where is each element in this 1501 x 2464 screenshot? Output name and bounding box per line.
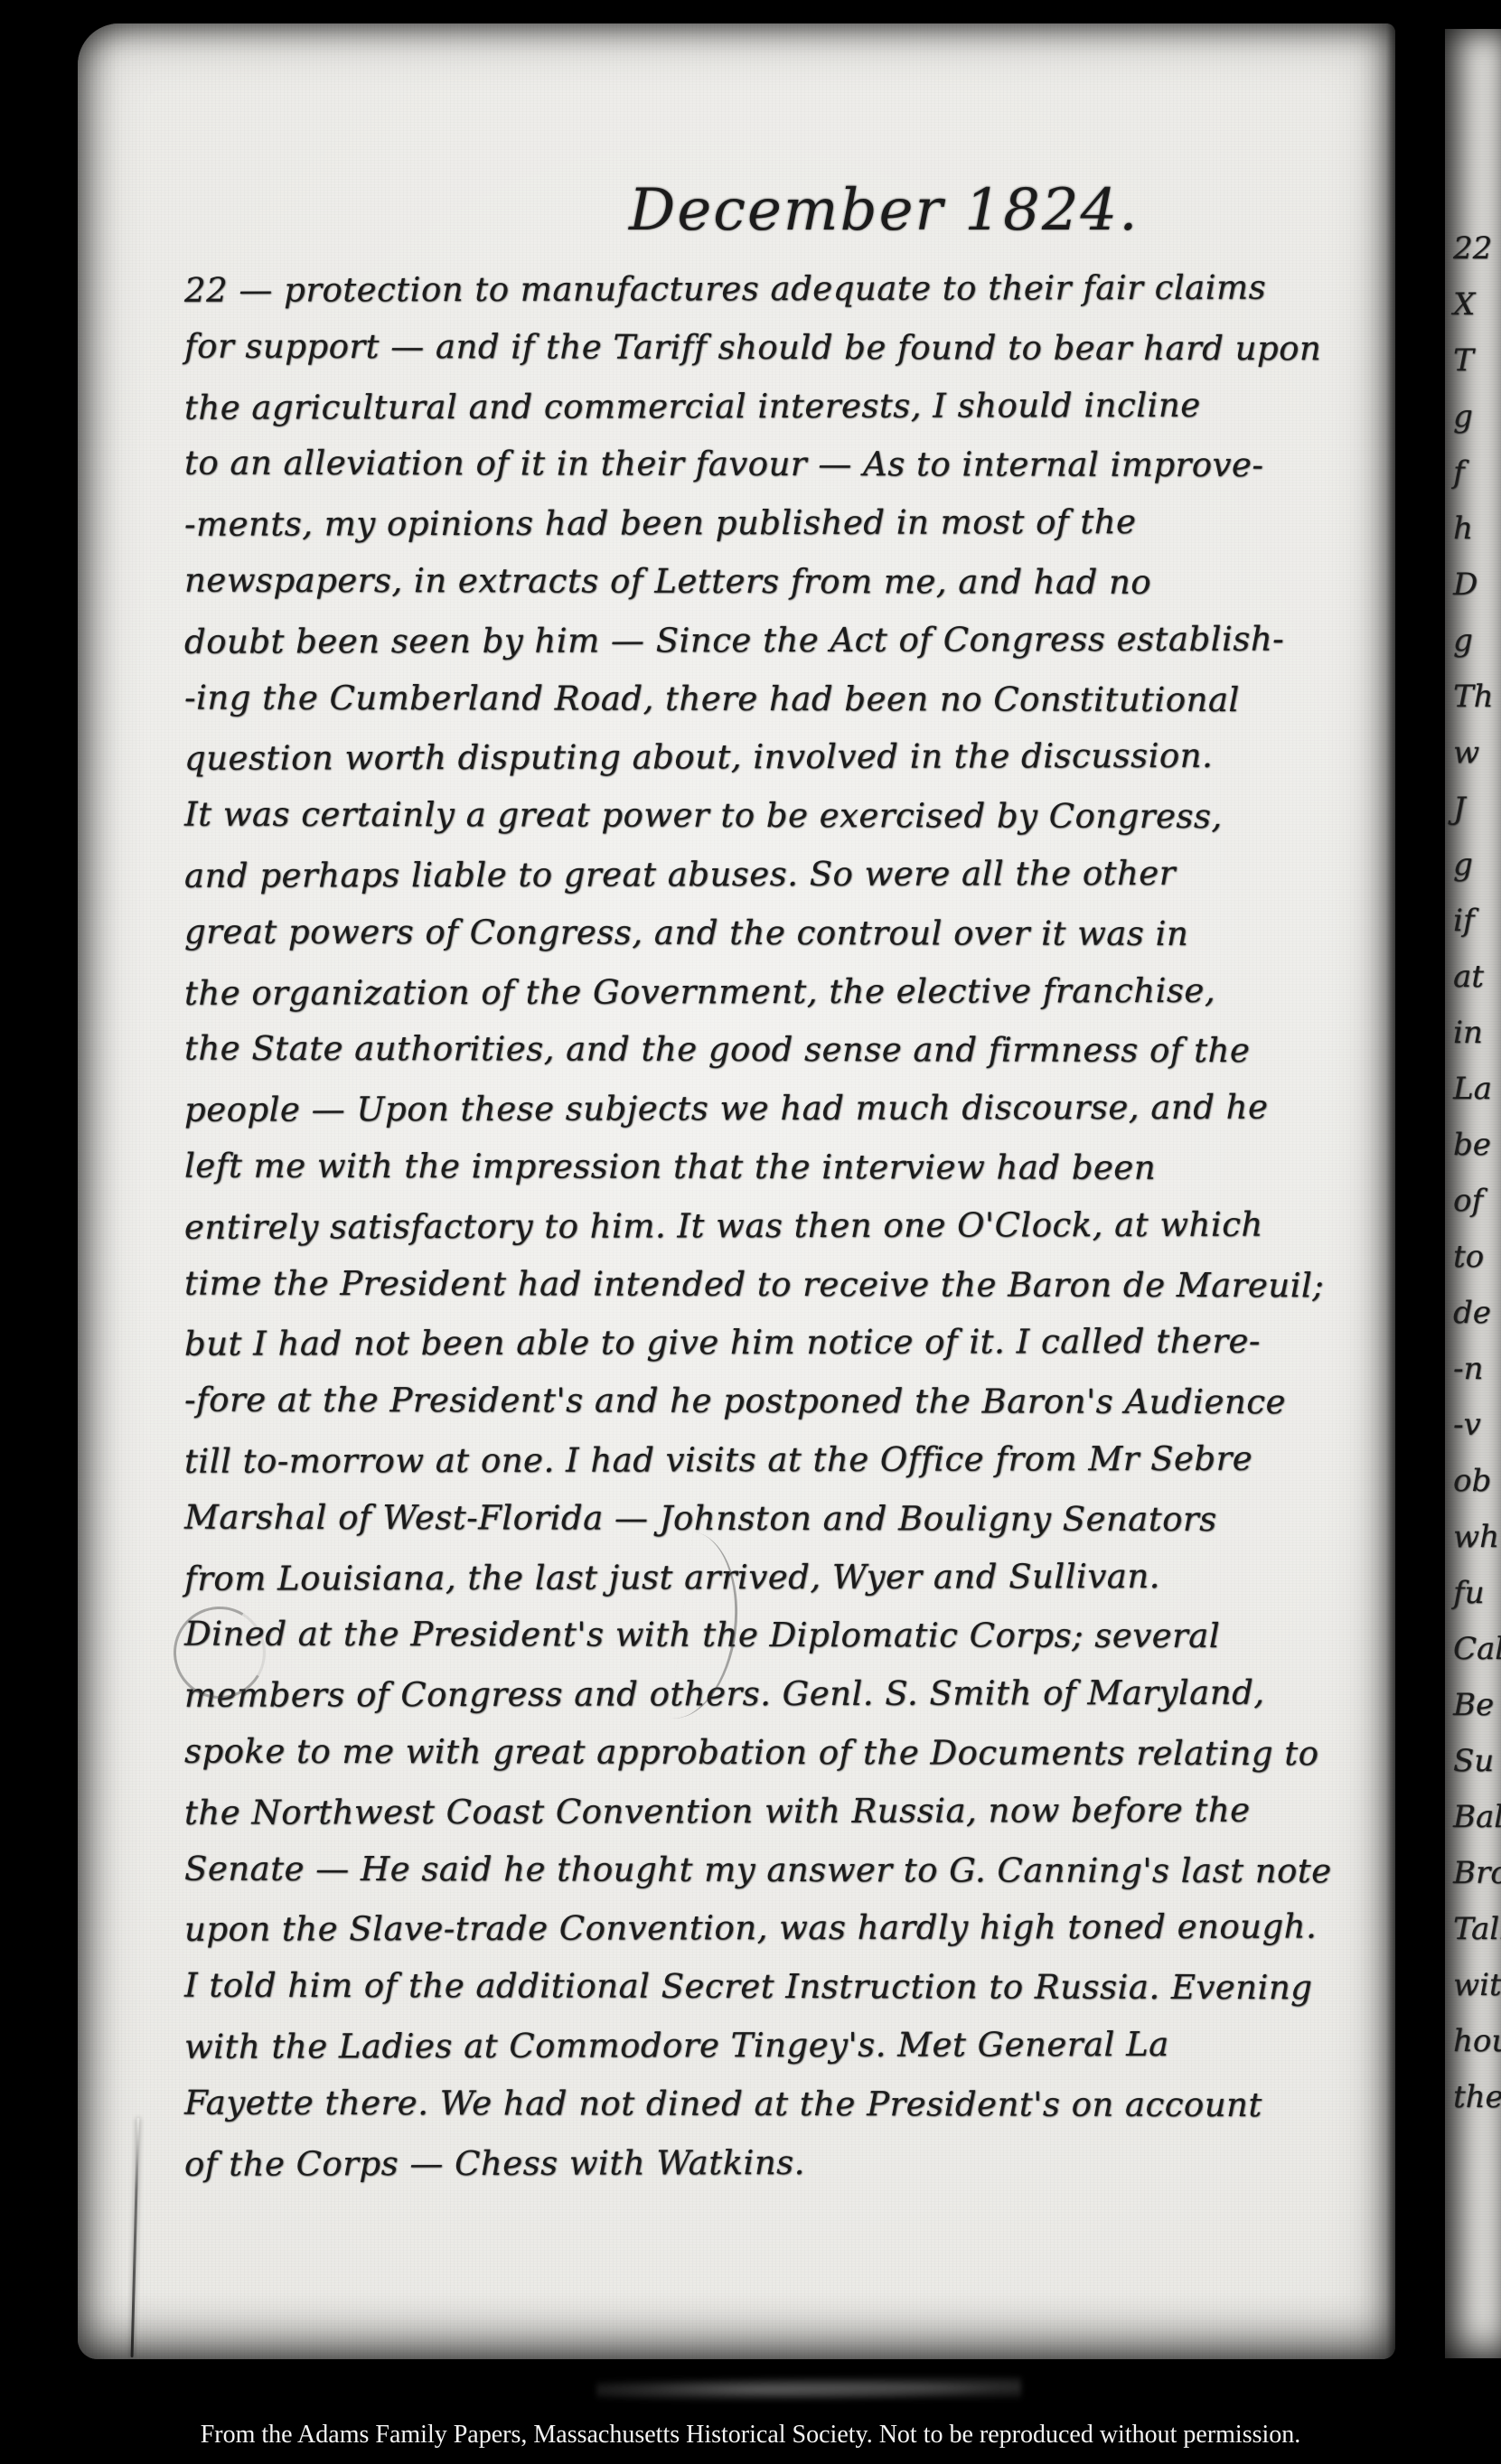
attribution-caption: From the Adams Family Papers, Massachuse… [0,2420,1501,2450]
manuscript-line: Senate — He said he thought my answer to… [184,1840,1391,1901]
facing-page-text-fragment: be [1445,1117,1501,1173]
facing-page-text-fragment: ob [1445,1453,1501,1509]
manuscript-line: Fayette there. We had not dined at the P… [184,2074,1391,2135]
facing-page-text-fragment: if [1445,893,1501,949]
facing-page-text-fragment: D [1445,557,1501,613]
manuscript-line: the Northwest Coast Convention with Russ… [184,1781,1391,1842]
facing-page-text-fragment: -n [1445,1341,1501,1397]
facing-page-text-fragment: Cal [1445,1621,1501,1677]
manuscript-line: newspapers, in extracts of Letters from … [184,552,1391,614]
manuscript-line: with the Ladies at Commodore Tingey's. M… [184,2015,1391,2076]
manuscript-line: doubt been seen by him — Since the Act o… [184,610,1391,671]
facing-page-text-fragment: w [1445,725,1501,781]
facing-page-text-fragment: with [1445,1957,1501,2013]
manuscript-line: Marshal of West-Florida — Johnston and B… [184,1488,1391,1550]
facing-page-text-fragment: 22 [1445,220,1501,276]
scan-smudge [596,2376,1021,2403]
facing-page-text-fragment: to [1445,1229,1501,1285]
manuscript-line: of the Corps — Chess with Watkins. [184,2132,1391,2194]
facing-page-text-fragment: -v [1445,1397,1501,1453]
manuscript-line: the State authorities, and the good sens… [184,1020,1391,1082]
manuscript-line: from Louisiana, the last just arrived, W… [184,1547,1391,1608]
manuscript-line: entirely satisfactory to him. It was the… [184,1195,1391,1257]
manuscript-page: December 1824. 22 — protection to manufa… [78,23,1395,2359]
facing-page-text-fragment: of [1445,1173,1501,1229]
manuscript-line: to an alleviation of it in their favour … [184,435,1391,496]
facing-page-text-fragment: La [1445,1061,1501,1117]
manuscript-line: the agricultural and commercial interest… [184,376,1391,437]
facing-page-text-fragment: Be [1445,1677,1501,1733]
facing-page-text-fragment: f [1445,445,1501,501]
facing-page-text-fragment: hou [1445,2013,1501,2069]
page-title: December 1824. [629,170,1140,251]
manuscript-line: -ments, my opinions had been published i… [184,492,1391,554]
facing-page-text-fragment: g [1445,837,1501,893]
book-gutter-shadow [1386,0,1451,2464]
manuscript-line: Dined at the President's with the Diplom… [184,1606,1391,1667]
scanned-image-background: December 1824. 22 — protection to manufa… [0,0,1501,2464]
manuscript-line: till to-morrow at one. I had visits at t… [184,1429,1391,1491]
manuscript-line: but I had not been able to give him noti… [184,1313,1391,1374]
manuscript-line: people — Upon these subjects we had much… [184,1078,1391,1139]
manuscript-line: 22 — protection to manufactures adequate… [184,258,1391,320]
manuscript-line: members of Congress and others. Genl. S.… [184,1663,1391,1725]
facing-page-text-fragment: at [1445,949,1501,1005]
facing-page-text-fragment: Bro [1445,1845,1501,1901]
manuscript-line: and perhaps liable to great abuses. So w… [184,844,1391,905]
manuscript-line: question worth disputing about, involved… [184,727,1391,789]
facing-page-text-fragment: h [1445,501,1501,557]
facing-page-text-fragment: g [1445,389,1501,445]
manuscript-line: -ing the Cumberland Road, there had been… [184,669,1391,730]
facing-page-text-fragment: J [1445,781,1501,837]
facing-page-text-fragment: Bal [1445,1789,1501,1845]
facing-page-edge: 22XTgfhDgThwJgifatinLabeoftode-n-vobwhfu… [1445,29,1501,2358]
manuscript-line: I told him of the additional Secret Inst… [184,1957,1391,2019]
manuscript-line: It was certainly a great power to be exe… [184,786,1391,848]
manuscript-text-block: 22 — protection to manufactures adequate… [184,260,1391,2192]
facing-page-text-fragment: de [1445,1285,1501,1341]
manuscript-line: the organization of the Government, the … [184,961,1391,1023]
manuscript-line: time the President had intended to recei… [184,1254,1391,1316]
manuscript-line: upon the Slave-trade Convention, was har… [184,1898,1391,1960]
manuscript-line: great powers of Congress, and the contro… [184,903,1391,964]
facing-page-text-fragment: g [1445,613,1501,669]
facing-page-text-fragment: Su [1445,1733,1501,1789]
manuscript-line: for support — and if the Tariff should b… [184,317,1391,379]
facing-page-text-fragment: the [1445,2069,1501,2125]
facing-page-text-fragment: X [1445,276,1501,333]
manuscript-line: -fore at the President's and he postpone… [184,1372,1391,1433]
manuscript-line: left me with the impression that the int… [184,1138,1391,1199]
manuscript-line: spoke to me with great approbation of th… [184,1723,1391,1785]
facing-page-text-fragment: T [1445,333,1501,389]
facing-page-text-fragment: Tall [1445,1901,1501,1957]
facing-page-text-fragment: fu [1445,1565,1501,1621]
facing-page-text-fragment: in [1445,1005,1501,1061]
facing-page-text-fragment: wh [1445,1509,1501,1565]
facing-page-text-fragment: Th [1445,669,1501,725]
page-crease [131,2118,140,2357]
